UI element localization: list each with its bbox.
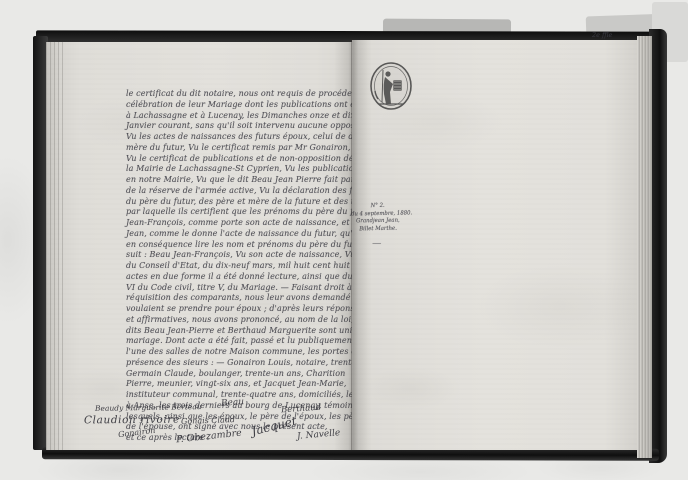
manuscript-line: en conséquence lire les nom et prénoms d… bbox=[126, 240, 352, 251]
manuscript-line: de l'épouse, ont signé avec nous le prés… bbox=[126, 422, 352, 433]
folio-annotation: 2e ffle bbox=[592, 31, 612, 39]
left-page: le certificat du dit notaire, nous ont r… bbox=[46, 42, 352, 450]
manuscript-line: du Conseil d'Etat, du dix-neuf mars, mil… bbox=[126, 261, 352, 272]
manuscript-line: Janvier courant, sans qu'il soit interve… bbox=[126, 121, 352, 132]
manuscript-line: de la réserve de l'armée active, Vu la d… bbox=[126, 186, 352, 197]
margin-note-separator: — bbox=[332, 241, 425, 250]
manuscript-line: la Mairie de Lachassagne-St Cyprien, Vu … bbox=[126, 164, 352, 175]
manuscript-line: Germain Claude, boulanger, trente-un ans… bbox=[126, 369, 352, 380]
margin-note-bride-name: Billet Marthe. bbox=[351, 225, 404, 234]
manuscript-line: Jean, comme le donne l'acte de naissance… bbox=[126, 229, 352, 240]
manuscript-line: lesquels, ainsi que les époux, le père d… bbox=[126, 412, 352, 423]
page-edge-stack-right bbox=[637, 36, 652, 458]
margin-note: N° 2. du 4 septembre, 1880. Grandjean Je… bbox=[349, 202, 408, 249]
manuscript-line: voulaient se prendre pour époux ; d'aprè… bbox=[126, 304, 352, 315]
manuscript-line: réquisition des comparants, nous leur av… bbox=[126, 293, 352, 304]
manuscript-line: actes en due forme il a été donné lectur… bbox=[126, 272, 352, 283]
manuscript-line: à Anse, les trois derniers au bourg de L… bbox=[126, 401, 352, 412]
left-page-text: le certificat du dit notaire, nous ont r… bbox=[126, 89, 352, 444]
fiscal-stamp-icon bbox=[369, 61, 413, 111]
manuscript-line: Vu le certificat de publications et de n… bbox=[126, 154, 352, 165]
manuscript-line: Pierre, meunier, vingt-six ans, et Jacqu… bbox=[126, 379, 352, 390]
manuscript-line: dits Beau Jean-Pierre et Berthaud Margue… bbox=[126, 326, 352, 337]
manuscript-line: à Lachassagne et à Lucenay, les Dimanche… bbox=[126, 111, 352, 122]
manuscript-line: par laquelle ils certifient que les prén… bbox=[126, 207, 352, 218]
manuscript-line: VI du Code civil, titre V, du Mariage. —… bbox=[126, 283, 352, 294]
manuscript-line: mariage. Dont acte a été fait, passé et … bbox=[126, 336, 352, 347]
manuscript-line: célébration de leur Mariage dont les pub… bbox=[126, 100, 352, 111]
scanned-register-spread: le certificat du dit notaire, nous ont r… bbox=[0, 0, 688, 480]
manuscript-line: du père du futur, des père et mère de la… bbox=[126, 197, 352, 208]
manuscript-line: mère du futur, Vu le certificat remis pa… bbox=[126, 143, 352, 154]
manuscript-line: Jean-François, comme porte son acte de n… bbox=[126, 218, 352, 229]
manuscript-line: le certificat du dit notaire, nous ont r… bbox=[126, 89, 352, 100]
manuscript-line: et affirmatives, nous avons prononcé, au… bbox=[126, 315, 352, 326]
manuscript-line: présence des sieurs : — Gonairon Louis, … bbox=[126, 358, 352, 369]
manuscript-line: instituteur communal, trente-quatre ans,… bbox=[126, 390, 352, 401]
manuscript-line: et ce après lecture . bbox=[126, 433, 352, 444]
manuscript-line: en notre Mairie, Vu que le dit Beau Jean… bbox=[126, 175, 352, 186]
manuscript-line: suit : Beau Jean-François, Vu son acte d… bbox=[126, 250, 352, 261]
manuscript-line: l'une des salles de notre Maison commune… bbox=[126, 347, 352, 358]
gutter-crease bbox=[351, 40, 352, 450]
manuscript-line: Vu les actes de naissances des futurs ép… bbox=[126, 132, 352, 143]
